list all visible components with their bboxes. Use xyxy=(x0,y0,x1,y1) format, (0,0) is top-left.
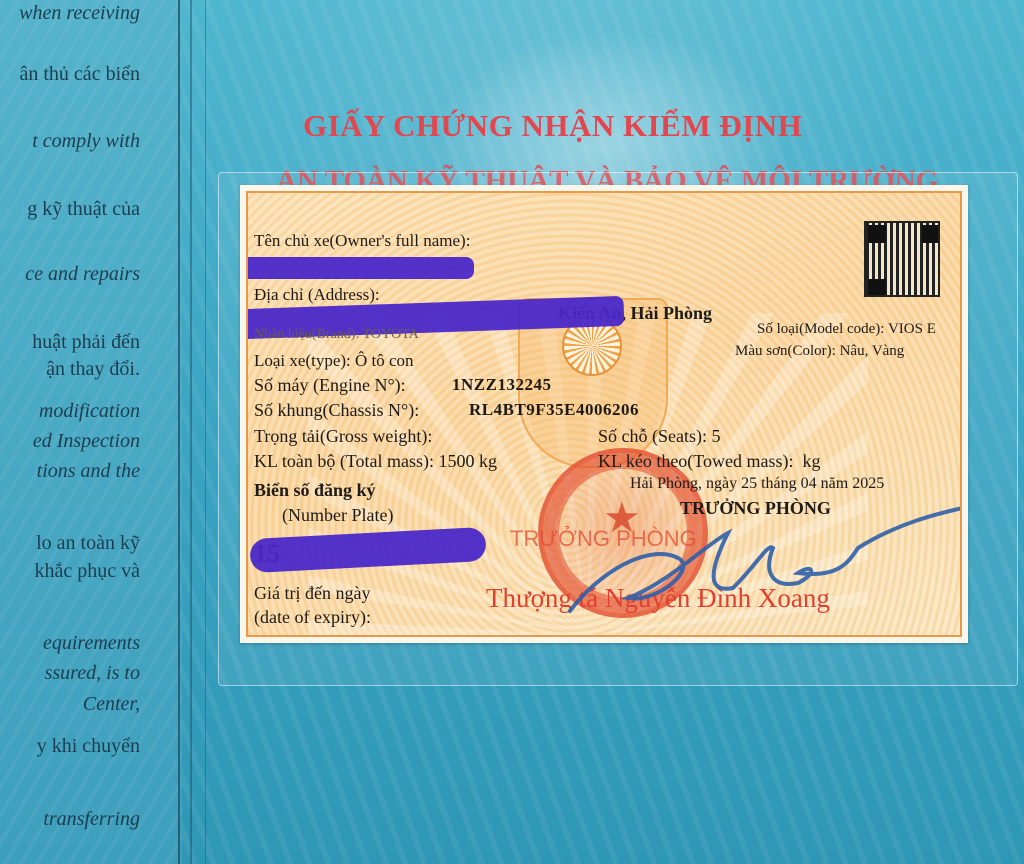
left-page-line: ed Inspection xyxy=(0,430,140,453)
left-page-line: ân thủ các biển xyxy=(0,63,140,86)
left-page-line: tions and the xyxy=(0,460,140,483)
color-value: Nâu, Vàng xyxy=(840,343,905,359)
engine-value: 1NZZ132245 xyxy=(452,375,551,395)
seats-field: Số chỗ (Seats): 5 xyxy=(598,426,720,447)
address-label: Địa chỉ (Address): xyxy=(254,285,380,305)
color-field: Màu sơn(Color): Nâu, Vàng xyxy=(735,343,904,360)
card-border: ★ Tên chủ xe(Owner's full name): Địa chỉ… xyxy=(246,191,962,637)
model-code-label: Số loại(Model code): xyxy=(757,321,884,337)
left-page-line: when receiving xyxy=(0,2,140,25)
redaction-mark xyxy=(246,257,474,279)
gross-weight-label: Trọng tải(Gross weight): xyxy=(254,426,432,447)
left-page-line: Center, xyxy=(0,693,140,716)
towed-mass-label: KL kéo theo(Towed mass): xyxy=(598,451,794,471)
type-value: Ô tô con xyxy=(355,351,414,370)
chassis-value: RL4BT9F35E4006206 xyxy=(469,400,639,420)
plate-label: Biển số đăng ký xyxy=(254,480,376,501)
brand-label: Nhãn hiệu(Brand): xyxy=(254,327,359,342)
towed-mass-value: kg xyxy=(803,451,821,471)
owner-label: Tên chủ xe(Owner's full name): xyxy=(254,231,470,251)
left-page-line: khắc phục và xyxy=(0,560,140,583)
left-page: when receiving ân thủ các biển t comply … xyxy=(0,0,182,864)
left-page-line: ssured, is to xyxy=(0,662,140,685)
certificate-photo: when receiving ân thủ các biển t comply … xyxy=(0,0,1024,864)
total-mass-value: 1500 kg xyxy=(439,451,498,471)
plate-label-en: (Number Plate) xyxy=(282,505,393,526)
expiry-label-en: (date of expiry): xyxy=(254,607,371,628)
left-page-line: transferring xyxy=(0,808,140,831)
engine-label: Số máy (Engine N°): xyxy=(254,375,406,396)
type-field: Loại xe(type): Ô tô con xyxy=(254,351,414,371)
brand-value: TOYOTA xyxy=(363,327,419,342)
left-page-line: equirements xyxy=(0,632,140,655)
model-code-field: Số loại(Model code): VIOS E xyxy=(757,321,936,338)
qr-code-icon[interactable] xyxy=(864,221,940,297)
model-code-value: VIOS E xyxy=(888,321,936,337)
total-mass-label: KL toàn bộ (Total mass): xyxy=(254,451,434,471)
left-page-line: g kỹ thuật của xyxy=(0,198,140,221)
left-page-line: huật phải đến xyxy=(0,331,140,354)
total-mass-field: KL toàn bộ (Total mass): 1500 kg xyxy=(254,451,497,472)
left-page-line: t comply with xyxy=(0,130,140,153)
seats-value: 5 xyxy=(711,426,720,446)
inspection-card: ★ Tên chủ xe(Owner's full name): Địa chỉ… xyxy=(240,185,968,643)
left-page-line: ận thay đổi. xyxy=(0,358,140,381)
towed-mass-field: KL kéo theo(Towed mass): kg xyxy=(598,451,821,472)
issue-place-date: Hải Phòng, ngày 25 tháng 04 năm 2025 xyxy=(630,475,884,493)
color-label: Màu sơn(Color): xyxy=(735,343,836,359)
type-label: Loại xe(type): xyxy=(254,351,351,370)
booklet-spine xyxy=(178,0,180,864)
left-page-line: modification xyxy=(0,400,140,423)
left-page-line: y khi chuyển xyxy=(0,735,140,758)
expiry-label: Giá trị đến ngày xyxy=(254,583,370,604)
certificate-title: GIẤY CHỨNG NHẬN KIỂM ĐỊNH xyxy=(303,108,802,144)
brand-field: Nhãn hiệu(Brand): TOYOTA xyxy=(254,327,419,343)
chassis-label: Số khung(Chassis N°): xyxy=(254,400,419,421)
booklet-spine xyxy=(190,0,192,864)
left-page-line: ce and repairs xyxy=(0,263,140,286)
signature-icon xyxy=(558,503,962,623)
booklet-spine xyxy=(205,0,206,864)
left-page-line: lo an toàn kỹ xyxy=(0,532,140,555)
seats-label: Số chỗ (Seats): xyxy=(598,426,707,446)
